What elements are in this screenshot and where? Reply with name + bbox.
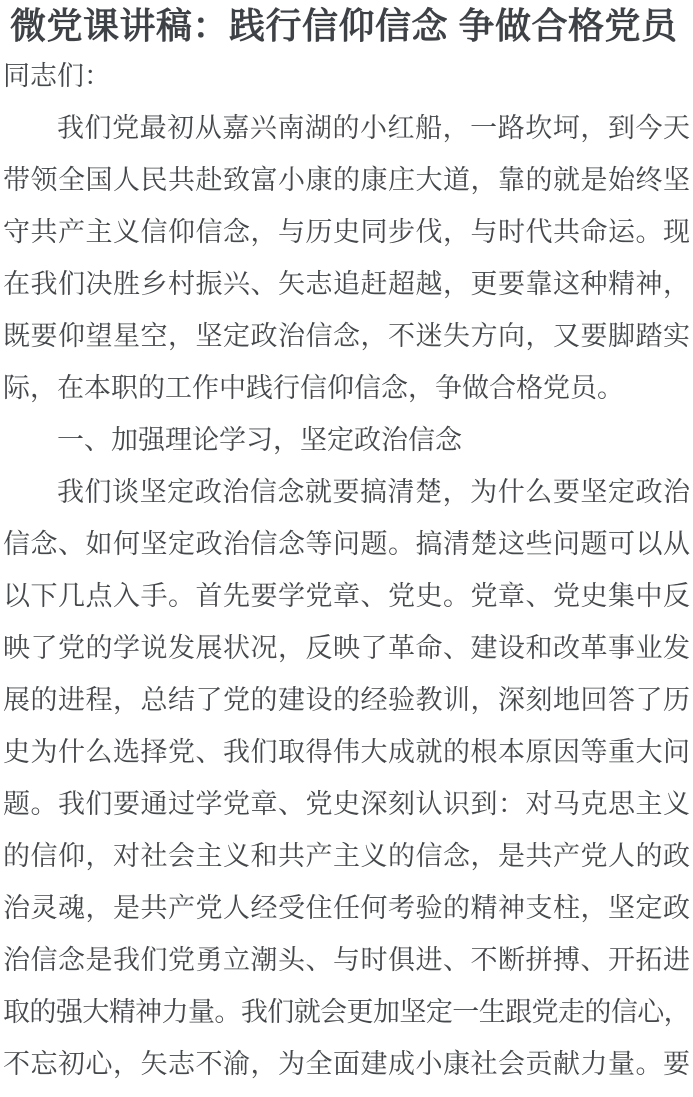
- doc-line: 映了党的学说发展状况，反映了革命、建设和改革事业发: [3, 622, 690, 674]
- document-page: 微党课讲稿：践行信仰信念 争做合格党员 同志们： 我们党最初从嘉兴南湖的小红船，…: [0, 0, 693, 1090]
- doc-line: 以下几点入手。首先要学党章、党史。党章、党史集中反: [3, 570, 690, 622]
- doc-line: 在我们决胜乡村振兴、矢志追赶超越，更要靠这种精神，: [3, 258, 690, 310]
- doc-line: 不忘初心，矢志不渝，为全面建成小康社会贡献力量。要: [3, 1038, 690, 1090]
- doc-line: 信念、如何坚定政治信念等问题。搞清楚这些问题可以从: [3, 518, 690, 570]
- doc-line: 带领全国人民共赴致富小康的康庄大道，靠的就是始终坚: [3, 154, 690, 206]
- doc-line: 我们党最初从嘉兴南湖的小红船，一路坎坷，到今天: [3, 102, 690, 154]
- doc-line: 治信念是我们党勇立潮头、与时俱进、不断拼搏、开拓进: [3, 934, 690, 986]
- doc-line: 守共产主义信仰信念，与历史同步伐，与时代共命运。现: [3, 206, 690, 258]
- doc-heading-section-1: 一、加强理论学习，坚定政治信念: [3, 414, 690, 466]
- doc-line: 的信仰，对社会主义和共产主义的信念，是共产党人的政: [3, 830, 690, 882]
- doc-line: 展的进程，总结了党的建设的经验教训，深刻地回答了历: [3, 674, 690, 726]
- doc-line: 史为什么选择党、我们取得伟大成就的根本原因等重大问: [3, 726, 690, 778]
- doc-line: 际，在本职的工作中践行信仰信念，争做合格党员。: [3, 362, 690, 414]
- doc-title: 微党课讲稿：践行信仰信念 争做合格党员: [3, 2, 690, 50]
- doc-line: 题。我们要通过学党章、党史深刻认识到：对马克思主义: [3, 778, 690, 830]
- doc-line: 取的强大精神力量。我们就会更加坚定一生跟党走的信心，: [3, 986, 690, 1038]
- doc-line-salutation: 同志们：: [3, 50, 690, 102]
- doc-line: 既要仰望星空，坚定政治信念，不迷失方向，又要脚踏实: [3, 310, 690, 362]
- doc-line: 我们谈坚定政治信念就要搞清楚，为什么要坚定政治: [3, 466, 690, 518]
- doc-line: 治灵魂，是共产党人经受住任何考验的精神支柱，坚定政: [3, 882, 690, 934]
